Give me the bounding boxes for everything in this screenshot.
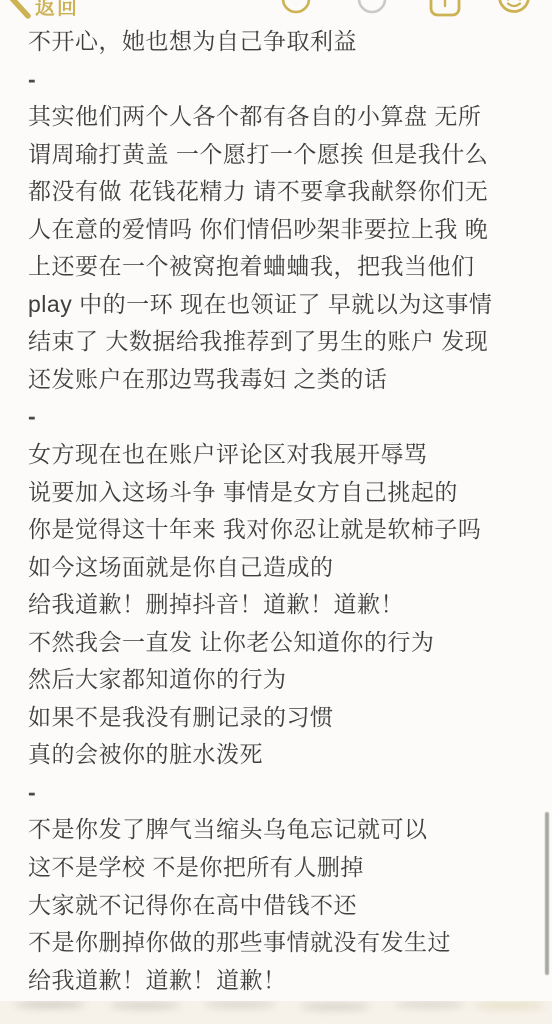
text-line: 然后大家都知道你的行为 [28,661,542,699]
paragraph-divider: - [28,61,542,99]
text-line: 给我道歉！删掉抖音！道歉！道歉！ [28,586,542,624]
paragraph-divider: - [28,774,542,812]
text-line: 这不是学校 不是你把所有人删掉 [28,849,542,887]
text-line: 如今这场面就是你自己造成的 [28,549,542,587]
undo-icon[interactable] [280,0,314,20]
screenshot-viewer: 返回 不开心，她也想为自己争 [0,0,552,1024]
back-button-label: 返回 [35,0,79,20]
text-line: 还发账户在那边骂我毒妇 之类的话 [28,361,542,399]
paragraph-divider: - [28,398,542,436]
text-line: 其实他们两个人各个都有各自的小算盘 无所 [28,98,542,136]
blur-smudge [15,1001,85,1008]
text-line: 不是你删掉你做的那些事情就没有发生过 [28,924,542,962]
text-line: 给我道歉！道歉！道歉！ [28,962,542,1000]
text-line: 人在意的爱情吗 你们情侣吵架非要拉上我 晚 [28,211,542,249]
scrollbar-thumb[interactable] [545,812,549,975]
text-line: 说要加入这场斗争 事情是女方自己挑起的 [28,474,542,512]
text-line: 大家就不记得你在高中借钱不还 [28,887,542,925]
text-line: 你是觉得这十年来 我对你忍让就是软柿子吗 [28,511,542,549]
text-line: 女方现在也在账户评论区对我展开辱骂 [28,436,542,474]
toolbar: 返回 [0,0,552,20]
text-line: 结束了 大数据给我推荐到了男生的账户 发现 [28,323,542,361]
text-line: play 中的一环 现在也领证了 早就以为这事情 [28,286,542,324]
text-line: 不然我会一直发 让你老公知道你的行为 [28,624,542,662]
back-chevron-icon [4,0,34,20]
blurred-bottom-bar [0,1001,552,1024]
text-line: 不开心，她也想为自己争取利益 [28,23,542,61]
text-line: 都没有做 花钱花精力 请不要拿我献祭你们无 [28,173,542,211]
text-line: 真的会被你的脏水泼死 [28,736,542,774]
post-text: 不开心，她也想为自己争取利益-其实他们两个人各个都有各自的小算盘 无所谓周瑜打黄… [28,23,542,999]
emoji-icon[interactable] [497,0,533,20]
redo-icon [356,0,390,20]
text-line: 不是你发了脾气当缩头乌龟忘记就可以 [28,811,542,849]
text-line: 谓周瑜打黄盖 一个愿打一个愿挨 但是我什么 [28,136,542,174]
text-line: 上还要在一个被窝抱着蛐蛐我，把我当他们 [28,248,542,286]
note-icon[interactable] [428,0,464,20]
text-line: 如果不是我没有删记录的习惯 [28,699,542,737]
